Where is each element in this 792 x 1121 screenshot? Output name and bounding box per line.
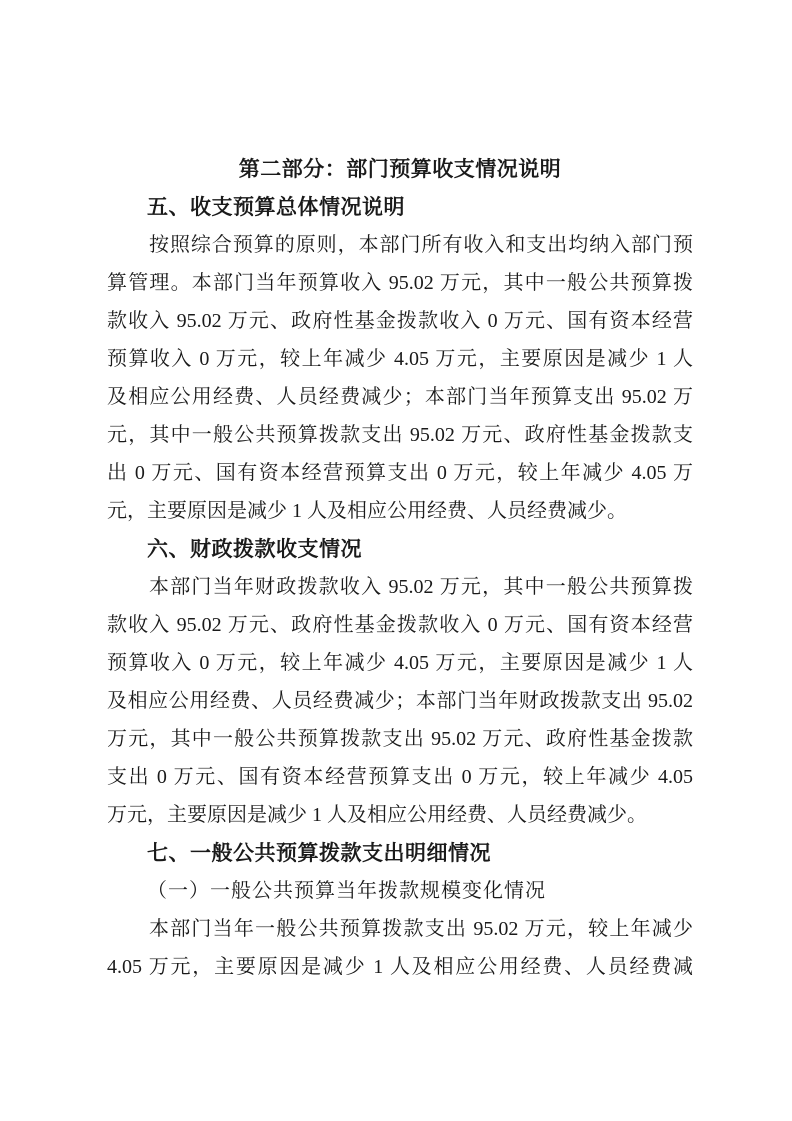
section-heading: 六、财政拨款收支情况 [107, 530, 693, 568]
paragraph: 本部门当年一般公共预算拨款支出 95.02 万元，较上年减少4.05 万元，主要… [107, 910, 693, 986]
paragraph-line: 款收入 95.02 万元、政府性基金拨款收入 0 万元、国有资本经营 [107, 302, 693, 340]
subsection-heading: （一）一般公共预算当年拨款规模变化情况 [107, 872, 693, 910]
paragraph-line: 元，主要原因是减少 1 人及相应公用经费、人员经费减少。 [107, 492, 693, 530]
paragraph-line: 款收入 95.02 万元、政府性基金拨款收入 0 万元、国有资本经营 [107, 606, 693, 644]
document-body: 五、收支预算总体情况说明按照综合预算的原则，本部门所有收入和支出均纳入部门预算管… [107, 188, 693, 986]
paragraph-line: 支出 0 万元、国有资本经营预算支出 0 万元，较上年减少 4.05 [107, 758, 693, 796]
paragraph-line: 及相应公用经费、人员经费减少；本部门当年预算支出 95.02 万 [107, 378, 693, 416]
paragraph-line: 本部门当年财政拨款收入 95.02 万元，其中一般公共预算拨 [107, 568, 693, 606]
section-heading: 五、收支预算总体情况说明 [107, 188, 693, 226]
paragraph-line: 按照综合预算的原则，本部门所有收入和支出均纳入部门预 [107, 226, 693, 264]
paragraph-line: 预算收入 0 万元，较上年减少 4.05 万元，主要原因是减少 1 人 [107, 340, 693, 378]
paragraph-line: 元，其中一般公共预算拨款支出 95.02 万元、政府性基金拨款支 [107, 416, 693, 454]
paragraph-line: 出 0 万元、国有资本经营预算支出 0 万元，较上年减少 4.05 万 [107, 454, 693, 492]
document-page: 第二部分：部门预算收支情况说明 五、收支预算总体情况说明按照综合预算的原则，本部… [0, 0, 792, 1121]
paragraph-line: 及相应公用经费、人员经费减少；本部门当年财政拨款支出 95.02 [107, 682, 693, 720]
document-title: 第二部分：部门预算收支情况说明 [107, 150, 693, 188]
paragraph-line: 4.05 万元，主要原因是减少 1 人及相应公用经费、人员经费减 [107, 948, 693, 986]
paragraph-line: 算管理。本部门当年预算收入 95.02 万元，其中一般公共预算拨 [107, 264, 693, 302]
paragraph: 按照综合预算的原则，本部门所有收入和支出均纳入部门预算管理。本部门当年预算收入 … [107, 226, 693, 530]
document-content: 第二部分：部门预算收支情况说明 五、收支预算总体情况说明按照综合预算的原则，本部… [107, 150, 693, 986]
paragraph-line: 万元，主要原因是减少 1 人及相应公用经费、人员经费减少。 [107, 796, 693, 834]
paragraph-line: 预算收入 0 万元，较上年减少 4.05 万元，主要原因是减少 1 人 [107, 644, 693, 682]
paragraph-line: 本部门当年一般公共预算拨款支出 95.02 万元，较上年减少 [107, 910, 693, 948]
paragraph: 本部门当年财政拨款收入 95.02 万元，其中一般公共预算拨款收入 95.02 … [107, 568, 693, 834]
paragraph-line: 万元，其中一般公共预算拨款支出 95.02 万元、政府性基金拨款 [107, 720, 693, 758]
section-heading: 七、一般公共预算拨款支出明细情况 [107, 834, 693, 872]
